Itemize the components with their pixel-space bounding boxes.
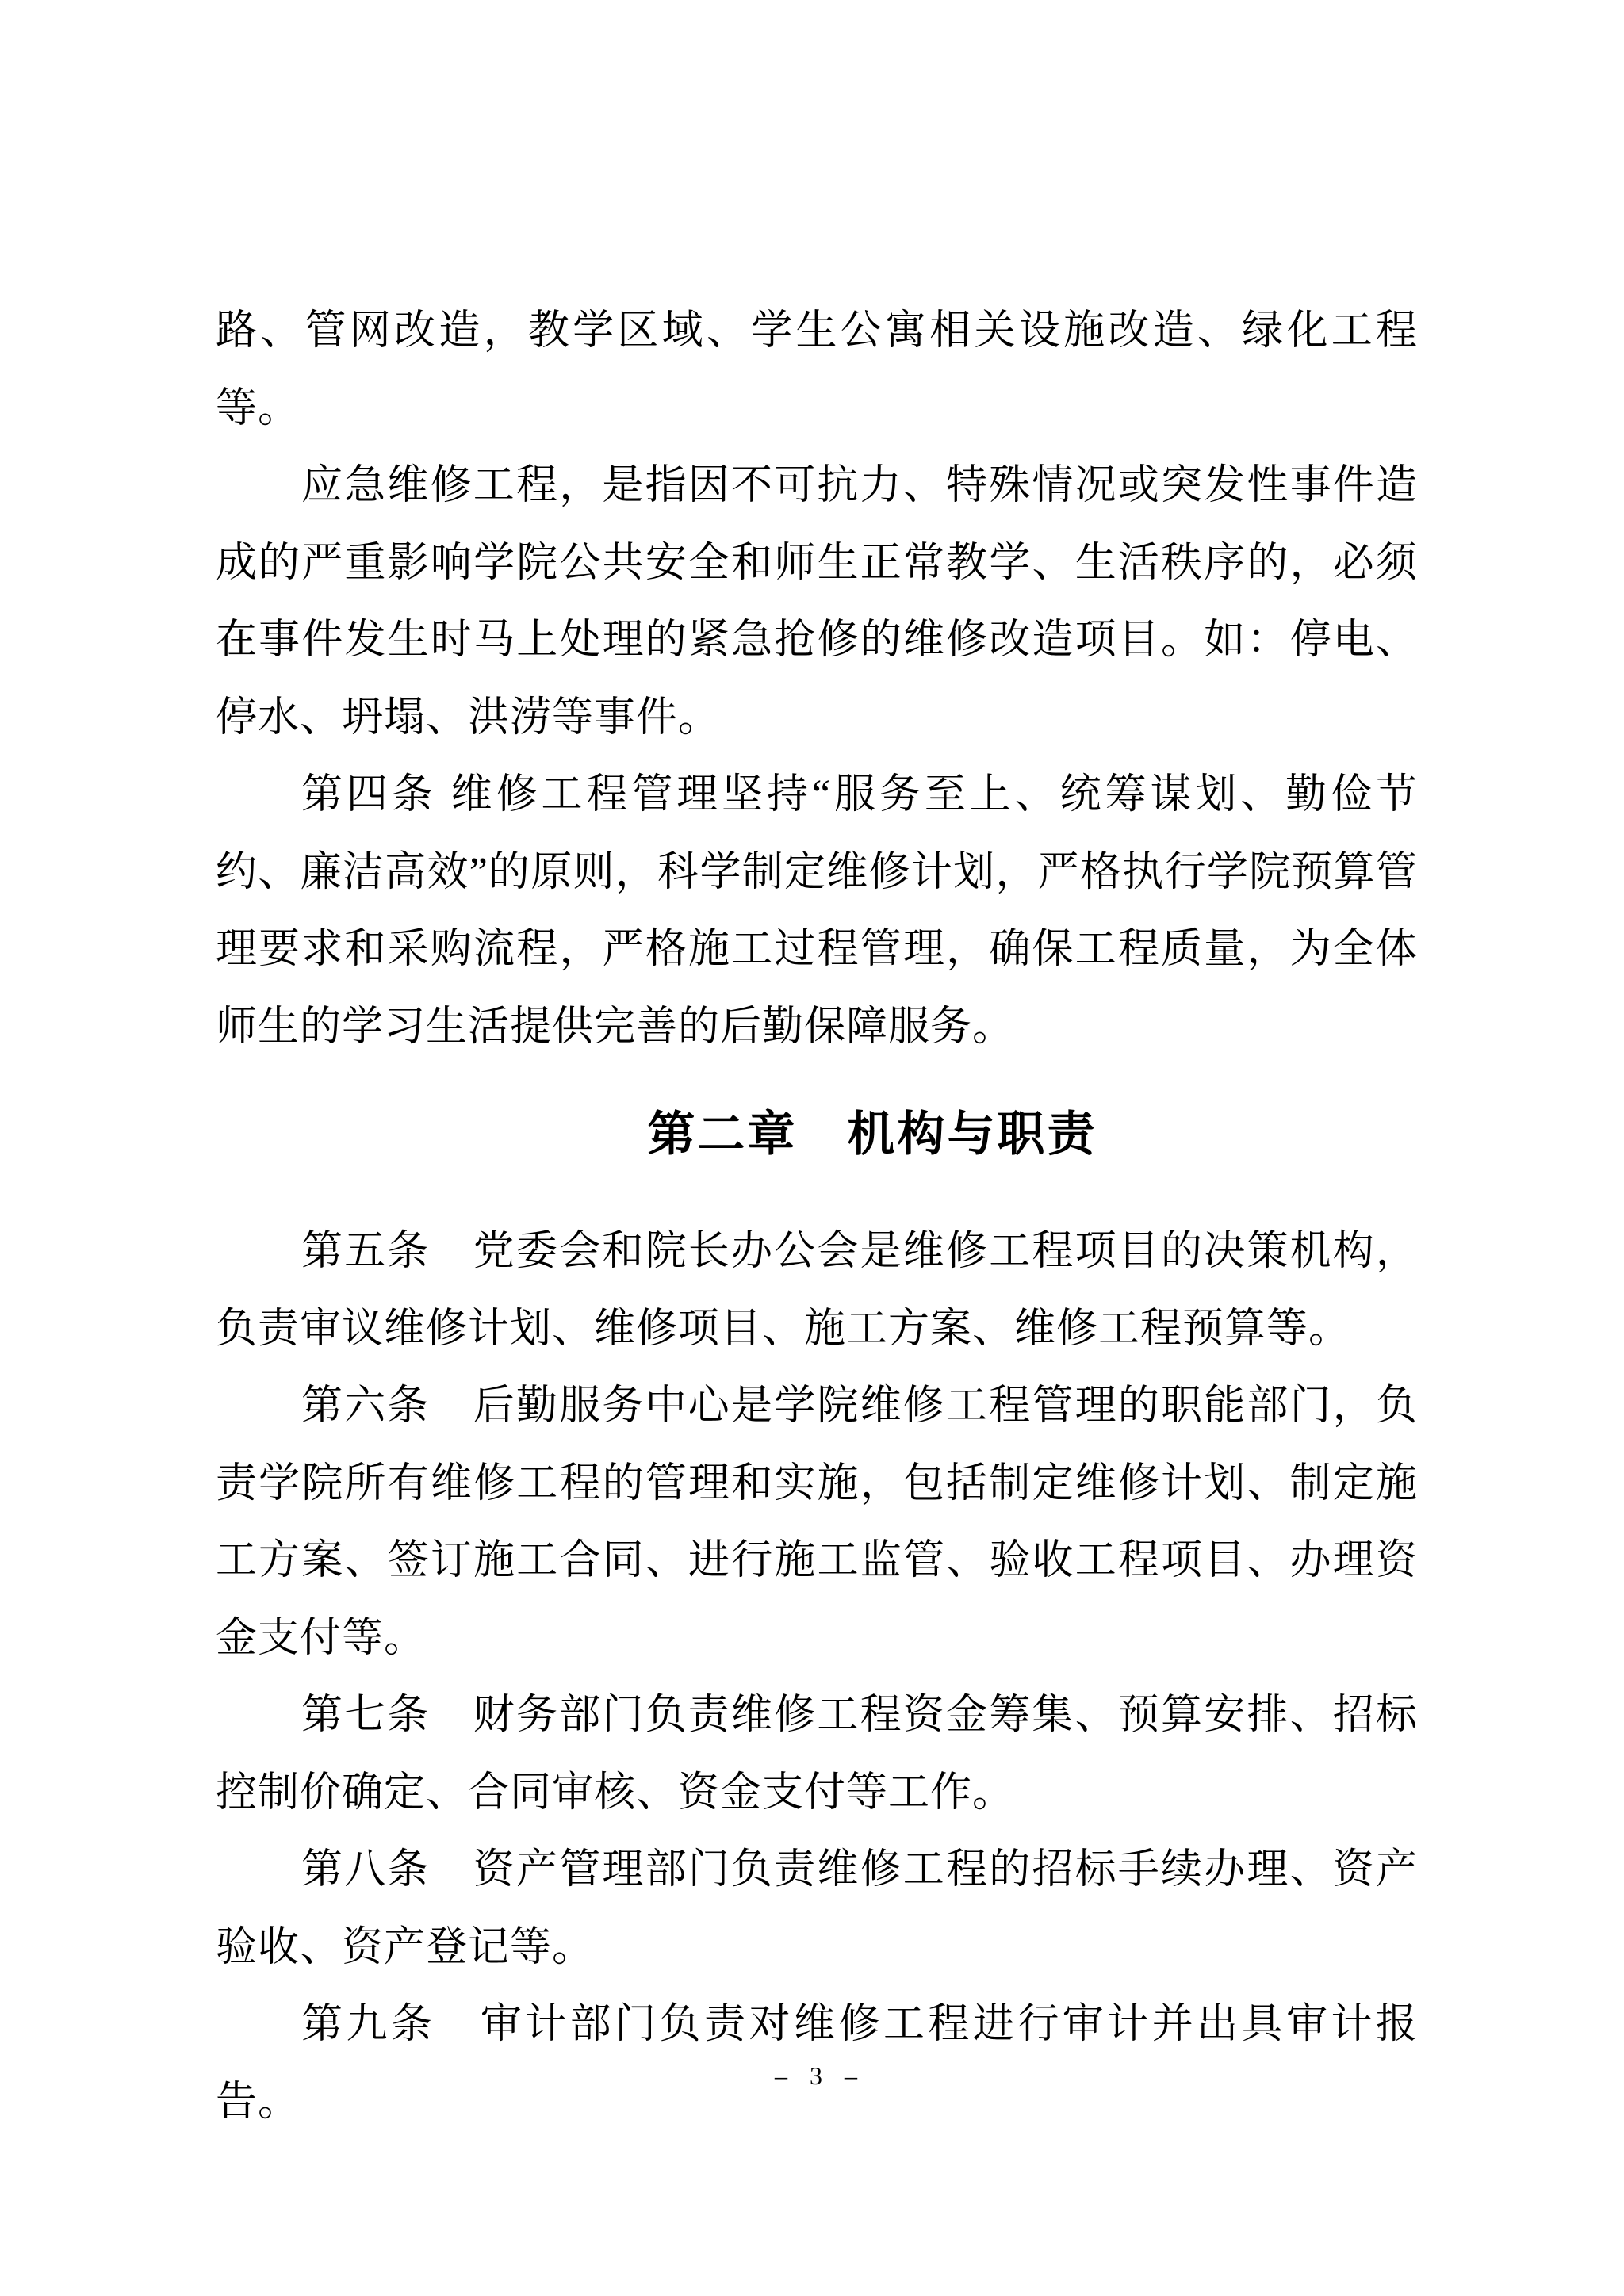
paragraph: 路、管网改造，教学区域、学生公寓相关设施改造、绿化工程等。 xyxy=(216,293,1418,447)
paragraph: 第八条 资产管理部门负责维修工程的招标手续办理、资产验收、资产登记等。 xyxy=(216,1831,1418,1986)
document-body: 路、管网改造，教学区域、学生公寓相关设施改造、绿化工程等。应急维修工程，是指因不… xyxy=(216,293,1418,2141)
page-footer: – 3 – xyxy=(0,2061,1624,2091)
paragraph: 应急维修工程，是指因不可抗力、特殊情况或突发性事件造成的严重影响学院公共安全和师… xyxy=(216,447,1418,756)
paragraph: 第六条 后勤服务中心是学院维修工程管理的职能部门，负责学院所有维修工程的管理和实… xyxy=(216,1368,1418,1677)
page-content: 路、管网改造，教学区域、学生公寓相关设施改造、绿化工程等。应急维修工程，是指因不… xyxy=(216,293,1418,2141)
paragraph: 第五条 党委会和院长办公会是维修工程项目的决策机构，负责审议维修计划、维修项目、… xyxy=(216,1213,1418,1368)
chapter-heading: 第二章 机构与职责 xyxy=(216,1096,1418,1173)
paragraph: 第四条 维修工程管理坚持“服务至上、统筹谋划、勤俭节约、廉洁高效”的原则，科学制… xyxy=(216,756,1418,1066)
paragraph: 第七条 财务部门负责维修工程资金筹集、预算安排、招标控制价确定、合同审核、资金支… xyxy=(216,1677,1418,1831)
page-number: – 3 – xyxy=(775,2061,865,2090)
document-page: 路、管网改造，教学区域、学生公寓相关设施改造、绿化工程等。应急维修工程，是指因不… xyxy=(0,0,1624,2296)
